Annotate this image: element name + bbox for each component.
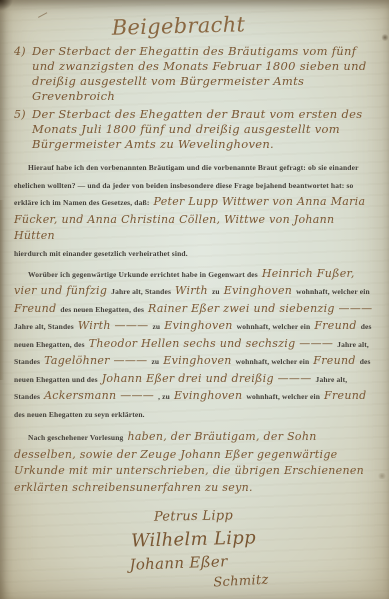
signature-block: Petrus Lipp Wilhelm Lipp Johann Eßer Sch…: [14, 509, 373, 590]
witness-3-residence: Evinghoven: [163, 354, 231, 367]
witness-3-occupation: Tagelöhner ———: [44, 354, 147, 367]
witness-1-residence: Evinghoven: [224, 284, 292, 297]
witness-4-name-age: Johann Eßer drei und dreißig ———: [102, 372, 312, 385]
witness-printed-segment: zu: [151, 357, 159, 366]
witness-printed-segment: des neuen Ehegatten zu seyn erklärten.: [14, 410, 145, 419]
witness-2-residence: Evinghoven: [164, 319, 232, 332]
witness-printed-segment: zu: [212, 287, 220, 296]
closing-printed-lead: Nach geschehener Vorlesung: [28, 433, 123, 442]
item-number: 4): [14, 44, 32, 104]
pen-scratch-mark: [35, 6, 48, 18]
brought-item-4: 4) Der Sterbact der Ehegattin des Bräuti…: [14, 44, 373, 104]
witness-printed-segment: Jahre alt, Standes: [14, 322, 74, 331]
witness-4-occupation: Ackersmann ———: [44, 389, 154, 402]
brought-item-5: 5) Der Sterbact des Ehegatten der Braut …: [14, 107, 373, 152]
witness-1-relation: Freund: [14, 302, 56, 315]
item-number: 5): [14, 107, 32, 152]
witness-printed-segment: wohnhaft, welcher ein: [237, 322, 311, 331]
witnesses-paragraph: Worüber ich gegenwärtige Urkunde erricht…: [14, 265, 373, 423]
witness-4-relation: Freund: [324, 389, 366, 402]
witness-3-relation: Freund: [313, 354, 355, 367]
witness-2-name-age: Rainer Eßer zwei und siebenzig ———: [148, 302, 372, 315]
closing-paragraph: Nach geschehener Vorlesung haben, der Br…: [14, 428, 373, 495]
witness-4-residence: Evinghoven: [174, 389, 242, 402]
marriage-certificate-page: Beigebracht 4) Der Sterbact der Ehegatti…: [0, 0, 389, 599]
witness-printed-segment: zu: [152, 322, 160, 331]
witness-printed-segment: Jahre alt, Standes: [111, 287, 171, 296]
scan-edge-shadow: [0, 200, 4, 380]
witness-printed-segment: Worüber ich gegenwärtige Urkunde erricht…: [28, 270, 258, 279]
section-heading-beigebracht: Beigebracht: [14, 10, 344, 43]
item-text: Der Sterbact des Ehegatten der Braut vom…: [32, 107, 373, 152]
item-text: Der Sterbact der Ehegattin des Bräutigam…: [32, 44, 373, 104]
declaration-printed-close: hierdurch mit einander gesetzlich verhei…: [14, 246, 373, 259]
witness-1-occupation: Wirth: [175, 284, 208, 297]
witness-printed-segment: wohnhaft, welcher ein: [296, 287, 370, 296]
declaration-paragraph: Hierauf habe ich den vorbenannten Bräuti…: [14, 158, 373, 244]
witness-2-relation: Freund: [314, 319, 356, 332]
witness-3-name-age: Theodor Hellen sechs und sechszig ———: [89, 337, 333, 350]
witness-2-occupation: Wirth ———: [78, 319, 149, 332]
scan-artifact-top-right: [381, 34, 389, 41]
witness-printed-segment: wohnhaft, welcher ein: [236, 357, 310, 366]
scan-artifact-bottom-right: [377, 473, 387, 479]
witness-printed-segment: wohnhaft, welcher ein: [246, 392, 320, 401]
scan-artifact-top-left: [0, 0, 13, 11]
witness-printed-segment: , zu: [158, 392, 170, 401]
witness-printed-segment: des neuen Ehegatten, des: [60, 305, 144, 314]
